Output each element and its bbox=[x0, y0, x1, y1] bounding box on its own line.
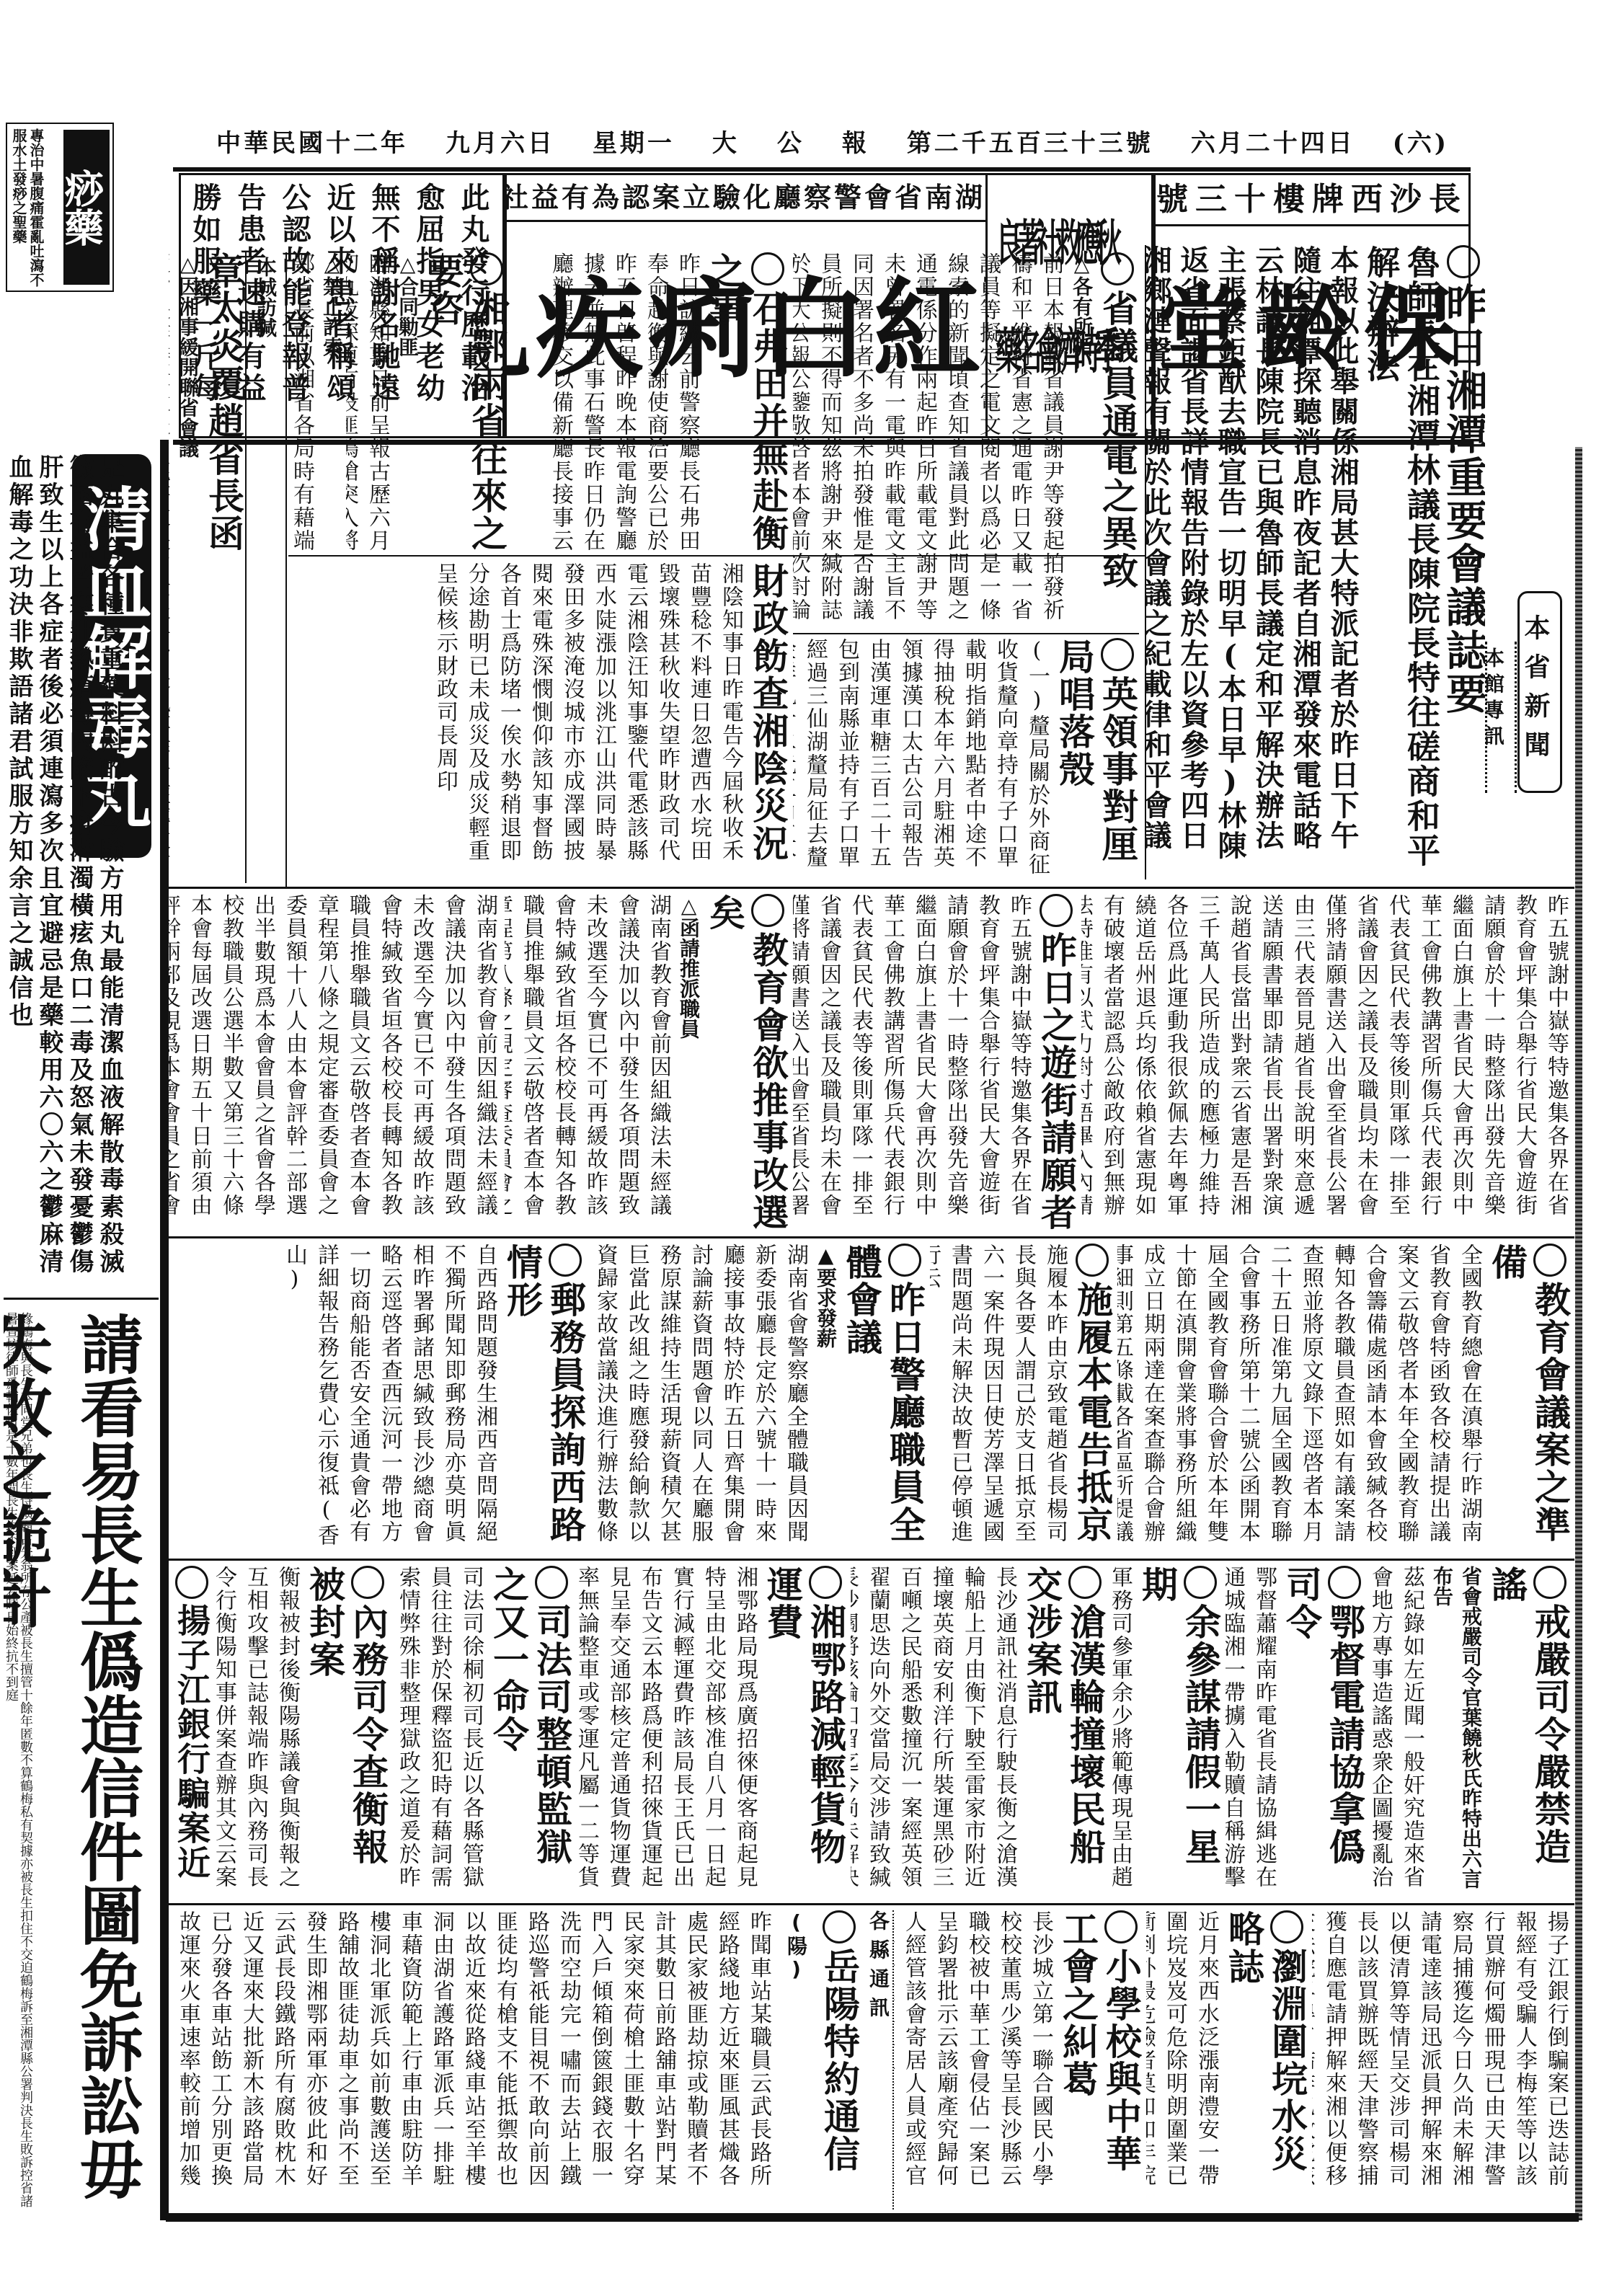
article-jiaoyu-yian: 教育會議案之準備 全國教育總會在滇舉行昨湖南省教育會特函致各校請提出議案文云敬啓… bbox=[1117, 1244, 1572, 1553]
column-label-city-news: 本城訪緘 bbox=[245, 252, 284, 883]
article-caizheng: 財政飭查湘陰災況 湘陰知事日昨電告今屆秋收禾苗豐稔不料連日忽遭西水垸田毀壞殊甚秋… bbox=[346, 562, 789, 883]
article-deck: 魯師長在湘潭林議長陳院長特往磋商和平解決辦法 bbox=[1361, 245, 1442, 879]
masthead-dateline: (六) 六月二十四日 第二千五百三十三號 報 公 大 星期一 九月六日 中華民國… bbox=[216, 119, 1449, 162]
article-tag: ▲要求發薪 bbox=[811, 1244, 840, 1553]
article-headline: 鄂督電請協拿僞司令 bbox=[1280, 1566, 1366, 1897]
masthead-weekday: 星期一 bbox=[593, 123, 675, 159]
article-headline: 揚子江銀行騙案近訊 bbox=[169, 1566, 213, 1897]
article-headline: 湘鄂兩省往來之要咨 bbox=[422, 252, 508, 555]
section-label-provincial-news: 本省新聞 bbox=[1517, 591, 1562, 793]
article-body: 施履本昨由京致電趙省長楊司長與各要人謂己於支日抵京至六一案件現因日使芳澤呈遞國書… bbox=[930, 1244, 1071, 1553]
bullet-circle-icon bbox=[1101, 638, 1134, 671]
notice-yichangsheng-body: 緣鶴梅與長生本同堂兄弟也長生恃橫霸占先翁所存公產被長生擅管十餘年匿數不算鶴梅私有… bbox=[4, 1312, 32, 2213]
article-headline: 滄漢輪撞壞民船交涉案訊 bbox=[1020, 1566, 1107, 1897]
article-yueyang: 岳陽特約通信(陽) 昨聞車站某職員云武長路所經路綫地方近來匪風甚熾各處民家被匪劫… bbox=[169, 1910, 861, 2209]
bullet-circle-icon bbox=[351, 1566, 384, 1599]
article-headline: 省議員通電之異致 bbox=[1096, 252, 1139, 627]
article-body: 司法司徐桐初司長近以各縣管獄員往往對於保釋盜犯時有藉詞需索情弊殊非整理獄政之道爰… bbox=[393, 1566, 487, 1897]
article-canghan: 滄漢輪撞壞民船交涉案訊 長沙通訊社消息行駛長衡之滄漢輪船上月由衡下駛至雷家市附近… bbox=[851, 1566, 1107, 1897]
article-body-continuation: 湖南省教育會前因組織法未經議會議決加以內中發生各項問題致未改選至今實已不可再緩故… bbox=[169, 894, 500, 1233]
article-tag: △函請推派職員 bbox=[674, 894, 703, 1233]
bullet-circle-icon bbox=[1533, 1244, 1566, 1277]
bullet-circle-icon bbox=[1068, 1566, 1102, 1599]
article-shilv: 施履本電告抵京 施履本昨由京致電趙省長楊司長與各要人謂己於支日抵京至六一案件現因… bbox=[930, 1244, 1114, 1553]
article-body: 揚子江銀行倒騙案已迭誌前報經有受騙人李梅笙等以該行買辦何燭冊現已由天津警察局捕獲… bbox=[1312, 1910, 1572, 2209]
article-body: 鄂督蕭耀南昨電省長請協緝逃在通城臨湘一帶擄入勒贖自稱游擊司令屢捕未獲之匪首龐傑俟… bbox=[1226, 1566, 1280, 1897]
bullet-circle-icon bbox=[888, 1244, 921, 1277]
ad-hongbai-caption: 湖南省會警察廳化驗立案認為有益社會之良藥 bbox=[507, 175, 985, 222]
article-jiaoyu-tuishi: 教育會欲推事改選矣 △函請推派職員 湖南省教育會前因組織法未經議會議決加以內中發… bbox=[505, 894, 789, 1233]
article-body: 湘陰知事日昨電告今屆秋收禾苗豐稔不料連日忽遭西水垸田毀壞殊甚秋收失望昨財政司代電… bbox=[429, 562, 746, 883]
bullet-circle-icon bbox=[1104, 1910, 1138, 1943]
article-edu: 鄂督電請協拿僞司令 鄂督蕭耀南昨電省長請協緝逃在通城臨湘一帶擄入勒贖自稱游擊司令… bbox=[1226, 1566, 1366, 1897]
article-headline: 湘鄂路減輕貨物運費 bbox=[761, 1566, 847, 1897]
article-zuori-youxing-cont: 昨五號謝中嶽等特邀集各界在省教育會坪集合舉行省民大會遊街請願會於十一時整隊出發先… bbox=[1081, 894, 1572, 1233]
article-yangzi-headline: 揚子江銀行騙案近訊 bbox=[169, 1566, 213, 1897]
article-deck: 省會戒嚴司令官葉饒秋氏昨特出六言布告 bbox=[1427, 1566, 1485, 1897]
article-xiangtan: 昨日湘潭重要會議誌要 魯師長在湘潭林議長陳院長特往磋商和平解決辦法 本報以此舉關… bbox=[1146, 245, 1485, 879]
article-headline: 戒嚴司令嚴禁造謠 bbox=[1485, 1566, 1572, 1897]
article-body: 臨湘縣知事日前呈報古歷六月初九夜深更有股匪鳴槍突入將署內田賦錢物搶劫一空該縣縣屬… bbox=[346, 252, 393, 555]
article-headline: 昨日之遊街請願者 bbox=[1034, 894, 1078, 1233]
notice-yichangsheng-headline: 請看易長生僞造信件圖免訴訟毋失敗之詭計 bbox=[81, 1312, 153, 2213]
bullet-circle-icon bbox=[1101, 252, 1134, 285]
side-ad-text: 專治中暑腹痛霍亂吐瀉不服水土發痧之聖藥 bbox=[10, 128, 45, 287]
article-body: 昨五號謝中嶽等特邀集各界在省教育會坪集合舉行省民大會遊街請願會於十一時整隊出發先… bbox=[793, 894, 1034, 1233]
article-tag: △合同勦匪 bbox=[393, 252, 422, 555]
article-jingting: 昨日警廳職員全體會議 ▲要求發薪 湖南省會警察廳全體職員因聞新委張廳長定於六號十… bbox=[591, 1244, 926, 1553]
article-yucan: 余參謀請假一星期 軍務司參軍余少將範傳現呈由趙省長與唐司長核准自本月六日起至十一… bbox=[1110, 1566, 1222, 1897]
article-neiwu: 內務司令查衡報被封案 衡報被封後衡陽縣議會與衡報之互相攻擊已誌報端昨與內務司長令… bbox=[216, 1566, 389, 1897]
article-body: 湘鄂路局現爲廣招徠便客商起見特呈由北交部核准自八月一日起實行減輕運費昨該局長王氏… bbox=[577, 1566, 761, 1897]
section-sublabel-special-report: 本館專訊 bbox=[1485, 642, 1517, 793]
bullet-circle-icon bbox=[175, 1566, 208, 1599]
masthead-issue-number: 第二千五百三十三號 bbox=[907, 123, 1153, 159]
article-tag: △因湘事緩開聯省會議 bbox=[173, 252, 202, 883]
article-tag: △各有所循 bbox=[1067, 252, 1096, 627]
article-body: 前日本報載省議員謝尹等發起拍發祈禱和平維持省憲之通電昨日又載一省議員等擬定之電文… bbox=[793, 252, 1067, 627]
masthead-paper-name-2: 公 bbox=[777, 123, 805, 159]
article-jiaoyu-tuishi-cont: 湖南省教育會前因組織法未經議會議決加以內中發生各項問題致未改選至今實已不可再緩故… bbox=[169, 894, 500, 1233]
article-sifa: 司法司整頓監獄之又一命令 司法司徐桐初司長近以各縣管獄員往往對於保釋盜犯時有藉詞… bbox=[393, 1566, 573, 1897]
article-xiaoxue: 小學校與中華工會之糾葛 長沙城立第一聯合國民小學校校董馬少溪等呈長沙縣云職校被中… bbox=[894, 1910, 1143, 2209]
bullet-circle-icon bbox=[809, 1566, 842, 1599]
column-label-county-news: 各縣通訊 bbox=[865, 1910, 894, 2209]
masthead-month-day: 九月六日 bbox=[446, 123, 555, 159]
article-body: 茲紀錄如左近聞一般奸究造來省會地方專事造謠惑衆企圖擾亂治安或云某處發火立同故意張… bbox=[1370, 1566, 1427, 1897]
bullet-circle-icon bbox=[1040, 894, 1073, 927]
bullet-circle-icon bbox=[751, 252, 784, 285]
article-body: 軍務司參軍余少將範傳現呈由趙省長與唐司長核准自本月六日起至十一日止請假一星期聞其… bbox=[1110, 1566, 1135, 1897]
masthead-paper-name-3: 報 bbox=[842, 123, 869, 159]
ad-baolingtang-address: 長沙西牌樓十三號 bbox=[1156, 175, 1468, 226]
article-xiange-lu: 湘鄂路減輕貨物運費 湘鄂路局現爲廣招徠便客商起見特呈由北交部核准自八月一日起實行… bbox=[577, 1566, 847, 1897]
masthead-lunar-date: 六月二十四日 bbox=[1191, 123, 1355, 159]
article-body: 本報以此舉關係湘局甚大特派記者於昨日下午隨往湘潭探聽消息昨夜記者自湘潭發來電話略… bbox=[1146, 245, 1361, 879]
bullet-circle-icon bbox=[470, 252, 503, 285]
article-shengyiyuan: 省議員通電之異致 △各有所循 前日本報載省議員謝尹等發起拍發祈禱和平維持省憲之通… bbox=[793, 252, 1139, 627]
article-body: 湖南省會警察廳全體職員因聞新委張廳長定於六號十一時來廳接事故特於昨五日齊集開會討… bbox=[591, 1244, 811, 1553]
ad-qingxue: 清血解毒丸 是丸集合各種貴重藥料斟酌古今驗方用丸最能清潔血液解散毒素殺滅黴菌有益… bbox=[4, 447, 159, 1283]
bullet-circle-icon bbox=[535, 1566, 568, 1599]
masthead-issue-weekday: (六) bbox=[1393, 123, 1449, 159]
article-zhangtaiyan: 本城訪緘 章太炎覆趙省長函 △因湘事緩開聯省會議 趙省長昨接章太炎由滬寄來長函云… bbox=[169, 252, 284, 883]
article-headline: 教育會議案之準備 bbox=[1485, 1244, 1572, 1553]
article-headline: 小學校與中華工會之糾葛 bbox=[1056, 1910, 1143, 2209]
article-headline: 郵務員探詢西路情形 bbox=[500, 1244, 587, 1553]
bullet-circle-icon bbox=[1447, 245, 1480, 278]
bullet-circle-icon bbox=[751, 894, 784, 927]
right-border-strip bbox=[1575, 447, 1582, 2220]
article-youwu: 郵務員探詢西路情形 自西路問題發生湘西音問隔絕不獨所聞知即郵務局亦莫明眞相昨署郵… bbox=[169, 1244, 587, 1553]
article-headline: 昨日湘潭重要會議誌要 bbox=[1442, 245, 1485, 879]
left-column-divider bbox=[160, 440, 169, 2220]
bullet-circle-icon bbox=[823, 1910, 856, 1943]
article-headline: 財政飭查湘陰災況 bbox=[746, 562, 789, 883]
article-yangzi: 揚子江銀行倒騙案已迭誌前報經有受騙人李梅笙等以該行買辦何燭冊現已由天津警察局捕獲… bbox=[1312, 1910, 1572, 2209]
article-shifutian: 石弗田并無赴衡之事 昨日訪緘云前警察廳長石弗田奉命赴衡與謝使商洽要公已於昨五日啓… bbox=[512, 252, 789, 555]
article-headline: 章太炎覆趙省長函 bbox=[202, 252, 245, 883]
article-body: 湖南省教育會前因組織法未經議會議決加以內中發生各項問題致未改選至今實已不可再緩故… bbox=[505, 894, 674, 1233]
article-jieyan: 戒嚴司令嚴禁造謠 省會戒嚴司令官葉饒秋氏昨特出六言布告 茲紀錄如左近聞一般奸究造… bbox=[1370, 1566, 1572, 1897]
article-tag: △禁止詐索 bbox=[317, 252, 346, 555]
article-headline: 施履本電告抵京 bbox=[1071, 1244, 1114, 1553]
masthead-republic-year: 中華民國十二年 bbox=[216, 123, 408, 159]
article-headline: 昨日警廳職員全體會議 bbox=[840, 1244, 926, 1553]
article-xiange: 湘鄂兩省往來之要咨 △合同勦匪 臨湘縣知事日前呈報古歷六月初九夜深更有股匪鳴槍突… bbox=[346, 252, 508, 555]
article-yingling: 英領事對厘局唱落殼 (一)釐局關於外商征收貨釐向章持有子口單載明指銷地點者中途不… bbox=[793, 638, 1139, 883]
bullet-circle-icon bbox=[549, 1244, 582, 1277]
article-body: 近月來西水泛漲南澧安一帶圍垸岌岌可危除明朗圍業已衝倒外最危險者莫如和丰垸所有該圍… bbox=[1146, 1910, 1222, 2209]
bullet-circle-icon bbox=[1076, 1244, 1109, 1277]
article-headline: 英領事對厘局唱落殼 bbox=[1052, 638, 1139, 883]
ad-qingxue-body: 是丸集合各種貴重藥料斟酌古今驗方用丸最能清潔血液解散毒素殺滅黴菌有益皆寒壯熱瘡毒… bbox=[4, 454, 125, 1276]
article-body: 全國教育總會在滇舉行昨湖南省教育會特函致各校請提出議案文云敬啓者本年全國教育聯合… bbox=[1117, 1244, 1485, 1553]
article-body: 昨日訪緘云前警察廳長石弗田奉命赴衡與謝使商洽要公已於昨五日啓程昨晚本報電詢警廳據… bbox=[544, 252, 703, 555]
bullet-circle-icon bbox=[1328, 1566, 1361, 1599]
article-body: 鄂省長前以湘省各局時有藉端詐索商民情事商旅苦之特咨請趙省長轉飭禁止經趙省長咨復已… bbox=[288, 252, 317, 555]
article-jinzhi: △禁止詐索 鄂省長前以湘省各局時有藉端詐索商民情事商旅苦之特咨請趙省長轉飭禁止經… bbox=[288, 252, 346, 555]
side-ad-shayao: 痧藥 專治中暑腹痛霍亂吐瀉不服水土發痧之聖藥 bbox=[6, 123, 114, 292]
article-headline: 瀏淵圍垸水災略誌 bbox=[1222, 1910, 1308, 2209]
article-headline: 石弗田并無赴衡之事 bbox=[703, 252, 789, 555]
article-headline: 司法司整頓監獄之又一命令 bbox=[487, 1566, 573, 1897]
side-ad-title: 痧藥 bbox=[63, 130, 110, 285]
article-headline: 內務司令查衡報被封案 bbox=[303, 1566, 389, 1897]
bullet-circle-icon bbox=[1270, 1910, 1303, 1943]
article-body: 自西路問題發生湘西音問隔絕不獨所聞知即郵務局亦莫明眞相昨署郵諸思緘致長沙總商會略… bbox=[278, 1244, 500, 1553]
article-headline: 岳陽特約通信(陽) bbox=[774, 1910, 861, 2209]
bullet-circle-icon bbox=[1533, 1566, 1566, 1599]
article-body: 衡報被封後衡陽縣議會與衡報之互相攻擊已誌報端昨與內務司長令行衡陽知事併案查辦其文… bbox=[216, 1566, 303, 1897]
article-body-continuation: 昨五號謝中嶽等特邀集各界在省教育會坪集合舉行省民大會遊街請願會於十一時整隊出發先… bbox=[1081, 894, 1572, 1233]
article-body: (一)釐局關於外商征收貨釐向章持有子口單載明指銷地點者中途不得抽稅本年六月駐湘英… bbox=[793, 638, 1052, 883]
article-body: 昨聞車站某職員云武長路所經路綫地方近來匪風甚熾各處民家被匪劫掠或勒贖者不計其數日… bbox=[169, 1910, 774, 2209]
article-headline: 余參謀請假一星期 bbox=[1135, 1566, 1222, 1897]
article-body: 趙省長昨接章太炎由滬寄來長函云炎午省長執事昨士權轉來有電即抄寄西林少川諸公當先靖… bbox=[169, 252, 173, 883]
article-headline: 教育會欲推事改選矣 bbox=[703, 894, 789, 1233]
bullet-circle-icon bbox=[1184, 1566, 1217, 1599]
article-zuori-youxing: 昨日之遊街請願者 昨五號謝中嶽等特邀集各界在省教育會坪集合舉行省民大會遊街請願會… bbox=[793, 894, 1078, 1233]
article-liuyang: 瀏淵圍垸水災略誌 近月來西水泛漲南澧安一帶圍垸岌岌可危除明朗圍業已衝倒外最危險者… bbox=[1146, 1910, 1308, 2209]
notice-yichangsheng: 請看易長生僞造信件圖免訴訟毋失敗之詭計 緣鶴梅與長生本同堂兄弟也長生恃橫霸占先翁… bbox=[4, 1305, 159, 2220]
masthead-paper-name-1: 大 bbox=[712, 123, 740, 159]
article-body: 長沙通訊社消息行駛長衡之滄漢輪船上月由衡下駛至雷家市附近撞壞英商安利洋行所裝運黑… bbox=[851, 1566, 1020, 1897]
article-body: 長沙城立第一聯合國民小學校校董馬少溪等呈長沙縣云職校被中華工會侵佔一案已呈鈞署批… bbox=[894, 1910, 1056, 2209]
